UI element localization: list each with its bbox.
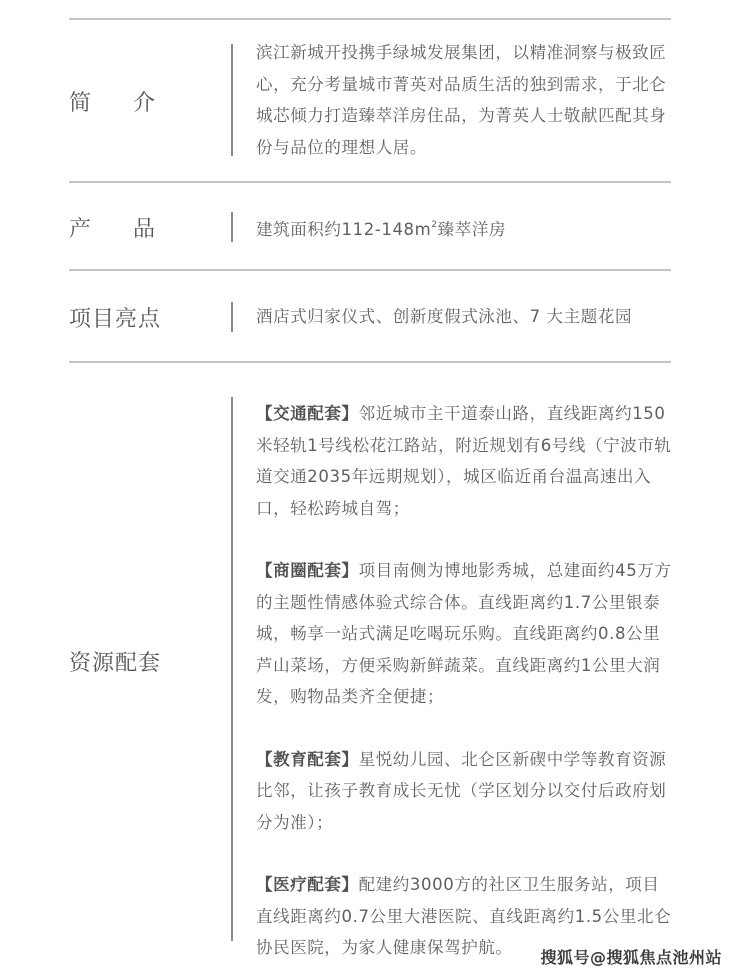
project-info-page: 简介 滨江新城开投携手绿城发展集团，以精准洞察与极致匠心，充分考量城市菁英对品质… (0, 0, 740, 974)
resource-heading-transport: 【交通配套】 (256, 404, 359, 423)
product-label-char-1: 产 (69, 217, 91, 242)
intro-label-char-2: 介 (133, 91, 155, 116)
highlights-vertical-divider (231, 302, 233, 332)
watermark: 搜狐号@搜狐焦点池州站 (540, 945, 722, 968)
resource-heading-commerce: 【商圈配套】 (256, 561, 359, 580)
product-text: 建筑面积约112-148m2臻萃洋房 (256, 210, 672, 246)
highlights-label: 项目亮点 (69, 302, 161, 333)
product-type-text: 臻萃洋房 (438, 220, 506, 239)
resource-item-commerce: 【商圈配套】项目南侧为博地影秀城，总建面约45万方的主题性情感体验式综合体。直线… (256, 555, 672, 713)
product-vertical-divider (231, 212, 233, 242)
resource-heading-medical: 【医疗配套】 (256, 875, 359, 894)
product-label-char-2: 品 (133, 217, 155, 242)
resources-vertical-divider (231, 397, 233, 941)
resource-heading-education: 【教育配套】 (256, 750, 359, 769)
product-label: 产品 (69, 212, 155, 243)
intro-label: 简介 (69, 86, 155, 117)
resources-label: 资源配套 (69, 646, 161, 677)
intro-vertical-divider (231, 44, 233, 156)
divider-after-intro (69, 181, 671, 183)
resource-item-transport: 【交通配套】邻近城市主干道泰山路，直线距离约150米轻轨1号线松花江路站，附近规… (256, 398, 672, 524)
highlights-text: 酒店式归家仪式、创新度假式泳池、7 大主题花园 (256, 301, 672, 333)
divider-top (69, 18, 671, 20)
resource-text-commerce: 项目南侧为博地影秀城，总建面约45万方的主题性情感体验式综合体。直线距离约1.7… (256, 561, 672, 706)
intro-label-char-1: 简 (69, 91, 91, 116)
resources-list: 【交通配套】邻近城市主干道泰山路，直线距离约150米轻轨1号线松花江路站，附近规… (256, 398, 672, 964)
divider-after-product (69, 269, 671, 271)
product-area-text: 建筑面积约112-148m (256, 220, 431, 239)
divider-after-highlights (69, 361, 671, 363)
intro-text: 滨江新城开投携手绿城发展集团，以精准洞察与极致匠心，充分考量城市菁英对品质生活的… (256, 37, 672, 163)
resource-item-education: 【教育配套】星悦幼儿园、北仑区新碶中学等教育资源比邻，让孩子教育成长无忧（学区划… (256, 744, 672, 839)
